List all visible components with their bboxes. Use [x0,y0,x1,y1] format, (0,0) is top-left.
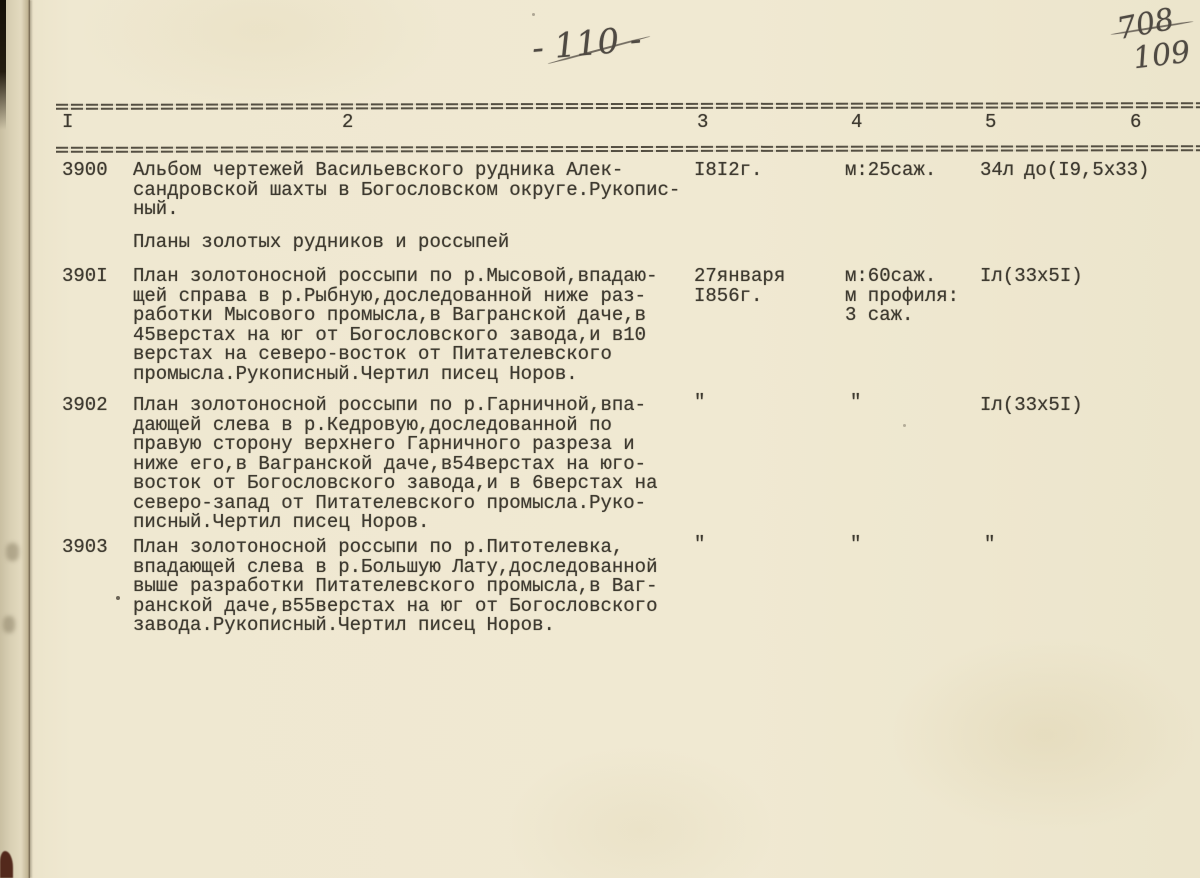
scan-edge-dark-mark [0,0,6,130]
row-scale: м:25саж. [845,161,936,181]
row-description: Альбом чертежей Васильевского рудника Ал… [133,161,698,220]
bleedthrough-mark [3,616,15,633]
section-heading: Планы золотых рудников и россыпей [133,233,509,253]
row-size: до(I9,5х33) [1024,161,1149,181]
bleedthrough-mark [6,543,19,561]
row-number: 3902 [62,396,108,416]
column-header-6: 6 [1130,113,1141,133]
row-scale: " [850,393,861,413]
row-sheets: Iл(33х5I) [980,267,1083,287]
table-header-bottom-rule [56,146,1200,155]
ink-speck [532,13,535,16]
column-header-3: 3 [697,113,708,133]
column-header-4: 4 [851,113,862,133]
column-header-5: 5 [985,113,996,133]
row-number: 3903 [62,538,108,558]
column-header-2: 2 [342,113,353,133]
column-header-1: I [62,113,73,133]
row-scale: м:60саж. м профиля: 3 саж. [845,267,959,326]
table-header-top-rule [56,103,1200,112]
row-number: 390I [62,267,108,287]
handwritten-page-number-current: 109 [1131,35,1192,77]
row-description: План золотоносной россыпи по р.Гарничной… [133,396,698,533]
row-number: 3900 [62,161,108,181]
ink-speck [903,424,906,427]
row-sheets: " [984,535,995,555]
row-description: План золотоносной россыпи по р.Мысовой,в… [133,267,698,384]
row-date: I8I2г. [694,161,762,181]
row-sheets: Iл(33х5I) [980,396,1083,416]
ink-speck [116,596,120,600]
row-sheets: 34л [980,161,1014,181]
binding-strip [0,0,30,878]
row-date: 27января I856г. [694,267,785,306]
row-date: " [694,393,705,413]
binding-shadow [29,0,33,878]
row-date: " [694,535,705,555]
row-scale: " [850,535,861,555]
row-description: План золотоносной россыпи по р.Питотелев… [133,538,698,636]
